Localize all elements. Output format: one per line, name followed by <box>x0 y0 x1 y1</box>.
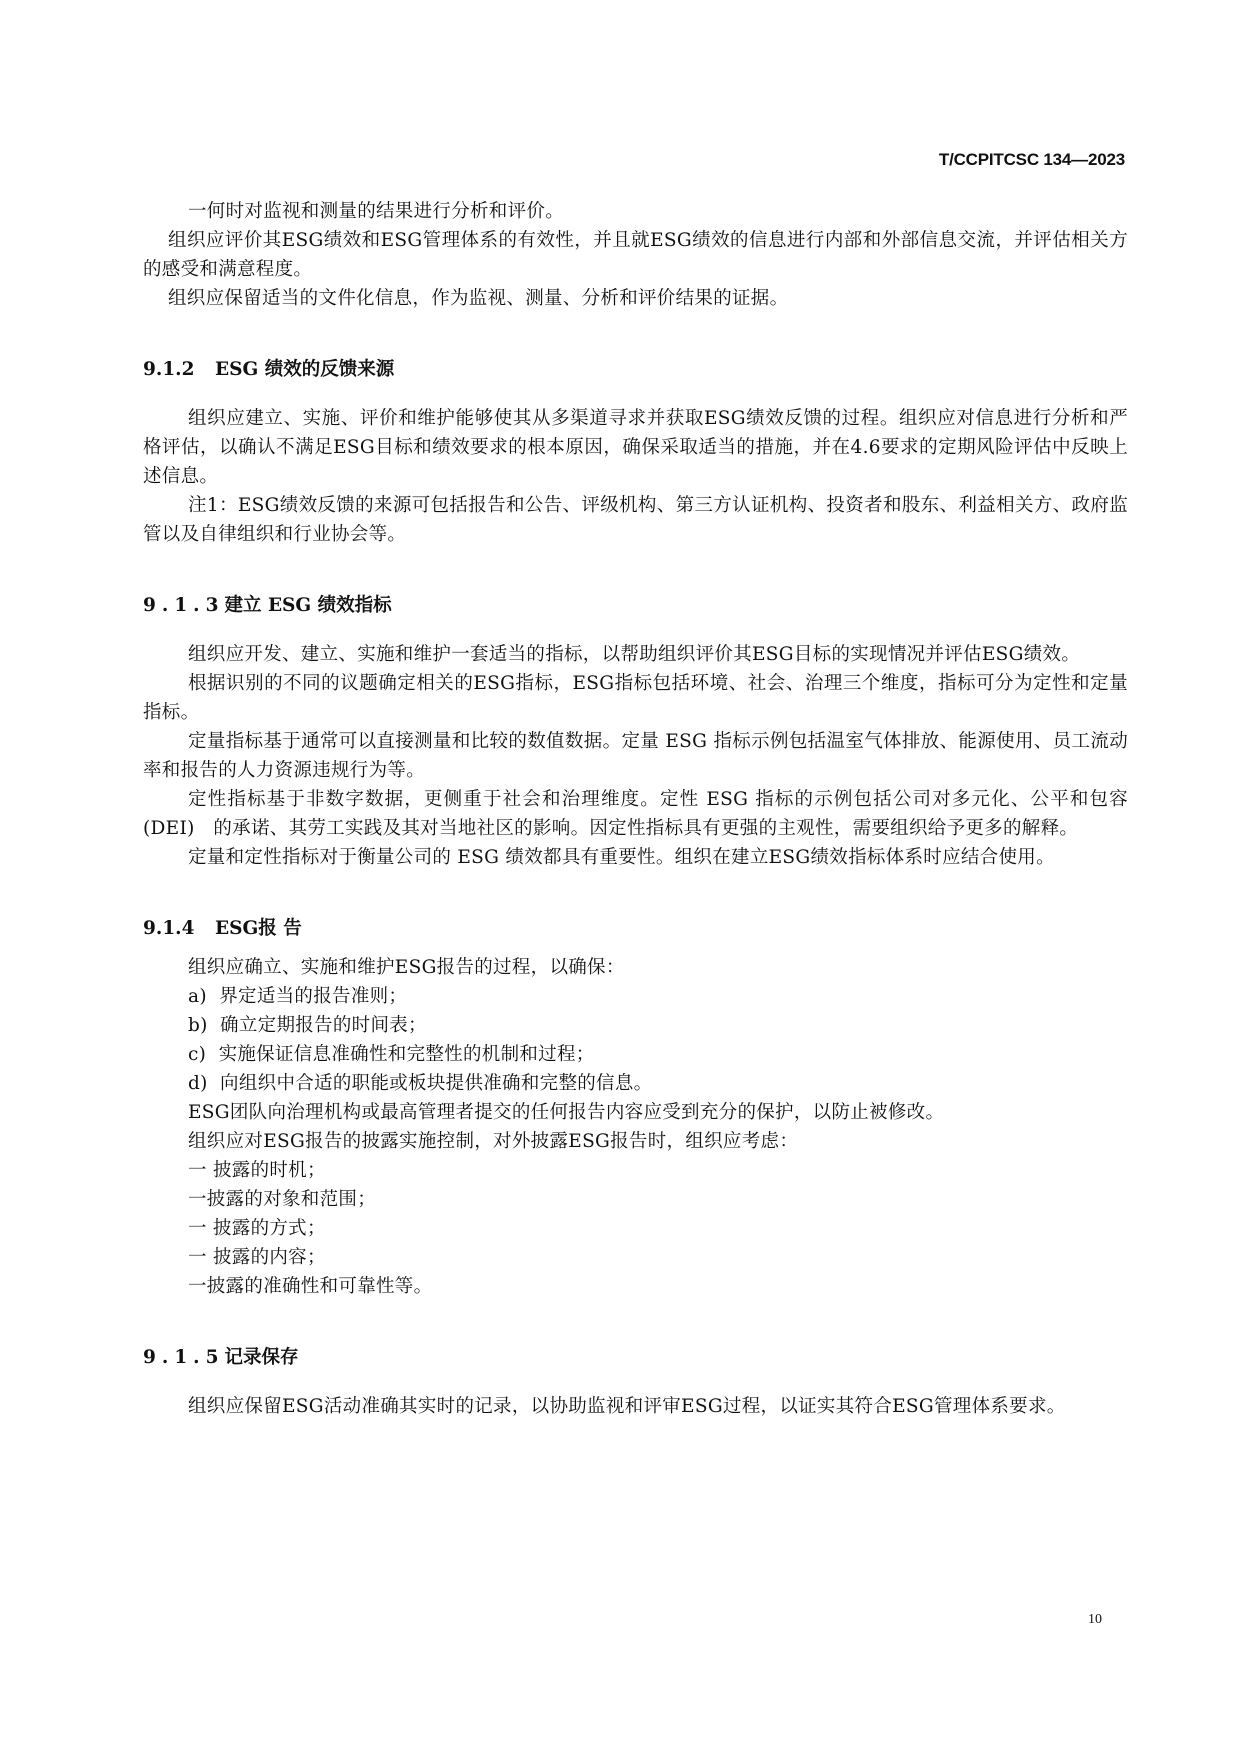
list-item-b: b) 确立定期报告的时间表； <box>188 1011 1128 1040</box>
list-item-a: a) 界定适当的报告准则； <box>188 982 1128 1011</box>
paragraph: 定量和定性指标对于衡量公司的 ESG 绩效都具有重要性。组织在建立ESG绩效指标… <box>143 843 1128 872</box>
lead-text: 组织应确立、实施和维护ESG报告的过程，以确保： <box>188 953 1128 982</box>
page-number: 10 <box>1088 1612 1102 1628</box>
paragraph: 根据识别的不同的议题确定相关的ESG指标，ESG指标包括环境、社会、治理三个维度… <box>143 669 1128 727</box>
paragraph: 定性指标基于非数字数据，更侧重于社会和治理维度。定性 ESG 指标的示例包括公司… <box>143 785 1128 843</box>
section-heading-9-1-2: 9.1.2ESG 绩效的反馈来源 <box>143 355 1128 384</box>
section-title: ESG 绩效的反馈来源 <box>215 359 394 380</box>
section-heading-9-1-4: 9.1.4ESG报 告 <box>143 914 1128 943</box>
section-number: 9.1.5 <box>143 1347 225 1368</box>
dash-item: 一披露的准确性和可靠性等。 <box>188 1272 1128 1301</box>
reporting-block: 组织应确立、实施和维护ESG报告的过程，以确保： a) 界定适当的报告准则； b… <box>143 953 1128 1301</box>
page-body: 一何时对监视和测量的结果进行分析和评价。 组织应评价其ESG绩效和ESG管理体系… <box>143 197 1128 1421</box>
list-item-c: c) 实施保证信息准确性和完整性的机制和过程； <box>188 1040 1128 1069</box>
section-title: 建立 ESG 绩效指标 <box>225 595 392 616</box>
paragraph: 组织应开发、建立、实施和维护一套适当的指标，以帮助组织评价其ESG目标的实现情况… <box>143 640 1128 669</box>
intro-line-1: 一何时对监视和测量的结果进行分析和评价。 <box>143 197 1128 226</box>
section-title: ESG报 告 <box>215 918 302 939</box>
section-number: 9.1.3 <box>143 595 225 616</box>
section-heading-9-1-3: 9.1.3建立 ESG 绩效指标 <box>143 591 1128 620</box>
intro-line-2: 组织应评价其ESG绩效和ESG管理体系的有效性，并且就ESG绩效的信息进行内部和… <box>143 226 1128 284</box>
dash-item: 一 披露的方式； <box>188 1214 1128 1243</box>
paragraph: ESG团队向治理机构或最高管理者提交的任何报告内容应受到充分的保护，以防止被修改… <box>188 1098 1128 1127</box>
dash-item: 一 披露的时机； <box>188 1156 1128 1185</box>
intro-line-3: 组织应保留适当的文件化信息，作为监视、测量、分析和评价结果的证据。 <box>143 284 1128 313</box>
dash-item: 一 披露的内容； <box>188 1243 1128 1272</box>
document-code: T/CCPITCSC 134—2023 <box>939 150 1125 170</box>
section-number: 9.1.4 <box>143 914 215 943</box>
section-number: 9.1.2 <box>143 355 215 384</box>
paragraph: 组织应保留ESG活动准确其实时的记录，以协助监视和评审ESG过程，以证实其符合E… <box>143 1392 1128 1421</box>
section-title: 记录保存 <box>225 1347 299 1368</box>
list-item-d: d) 向组织中合适的职能或板块提供准确和完整的信息。 <box>188 1069 1128 1098</box>
section-heading-9-1-5: 9.1.5记录保存 <box>143 1343 1128 1372</box>
note-paragraph: 注1：ESG绩效反馈的来源可包括报告和公告、评级机构、第三方认证机构、投资者和股… <box>143 491 1128 549</box>
paragraph: 组织应对ESG报告的披露实施控制，对外披露ESG报告时，组织应考虑： <box>188 1127 1128 1156</box>
paragraph: 定量指标基于通常可以直接测量和比较的数值数据。定量 ESG 指标示例包括温室气体… <box>143 727 1128 785</box>
dash-item: 一披露的对象和范围； <box>188 1185 1128 1214</box>
paragraph: 组织应建立、实施、评价和维护能够使其从多渠道寻求并获取ESG绩效反馈的过程。组织… <box>143 404 1128 491</box>
